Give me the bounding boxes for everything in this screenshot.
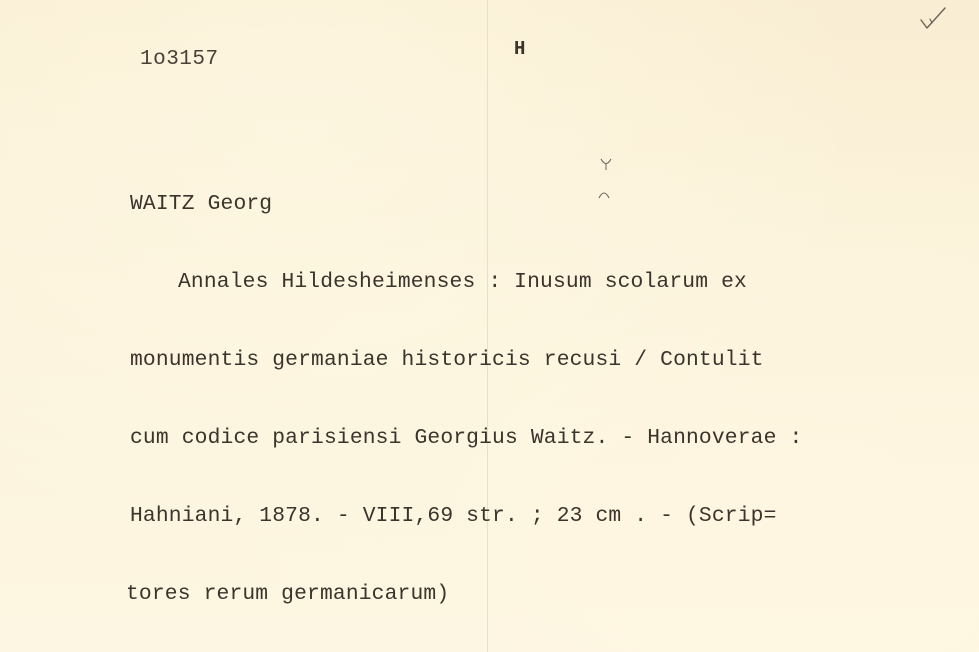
entry-line-2: monumentis germaniae historicis recusi /… [130, 347, 802, 373]
location-mark: H [514, 38, 525, 60]
call-number: 1o3157 [140, 48, 219, 71]
bibliographic-entry: WAITZ Georg Annales Hildesheimenses : In… [130, 139, 802, 652]
entry-line-3: cum codice parisiensi Georgius Waitz. - … [130, 425, 802, 451]
entry-line-title: Annales Hildesheimenses : Inusum scolaru… [130, 269, 802, 295]
insertion-mark-icon [599, 156, 613, 170]
checkmark-icon [918, 6, 948, 32]
author-heading: WAITZ Georg [130, 191, 802, 217]
catalog-card: 1o3157 H WAITZ Georg Annales Hildesheime… [0, 0, 979, 652]
entry-line-5: tores rerum germanicarum) [126, 581, 802, 607]
entry-line-4: Hahniani, 1878. - VIII,69 str. ; 23 cm .… [130, 503, 802, 529]
caret-mark-icon [597, 186, 611, 200]
